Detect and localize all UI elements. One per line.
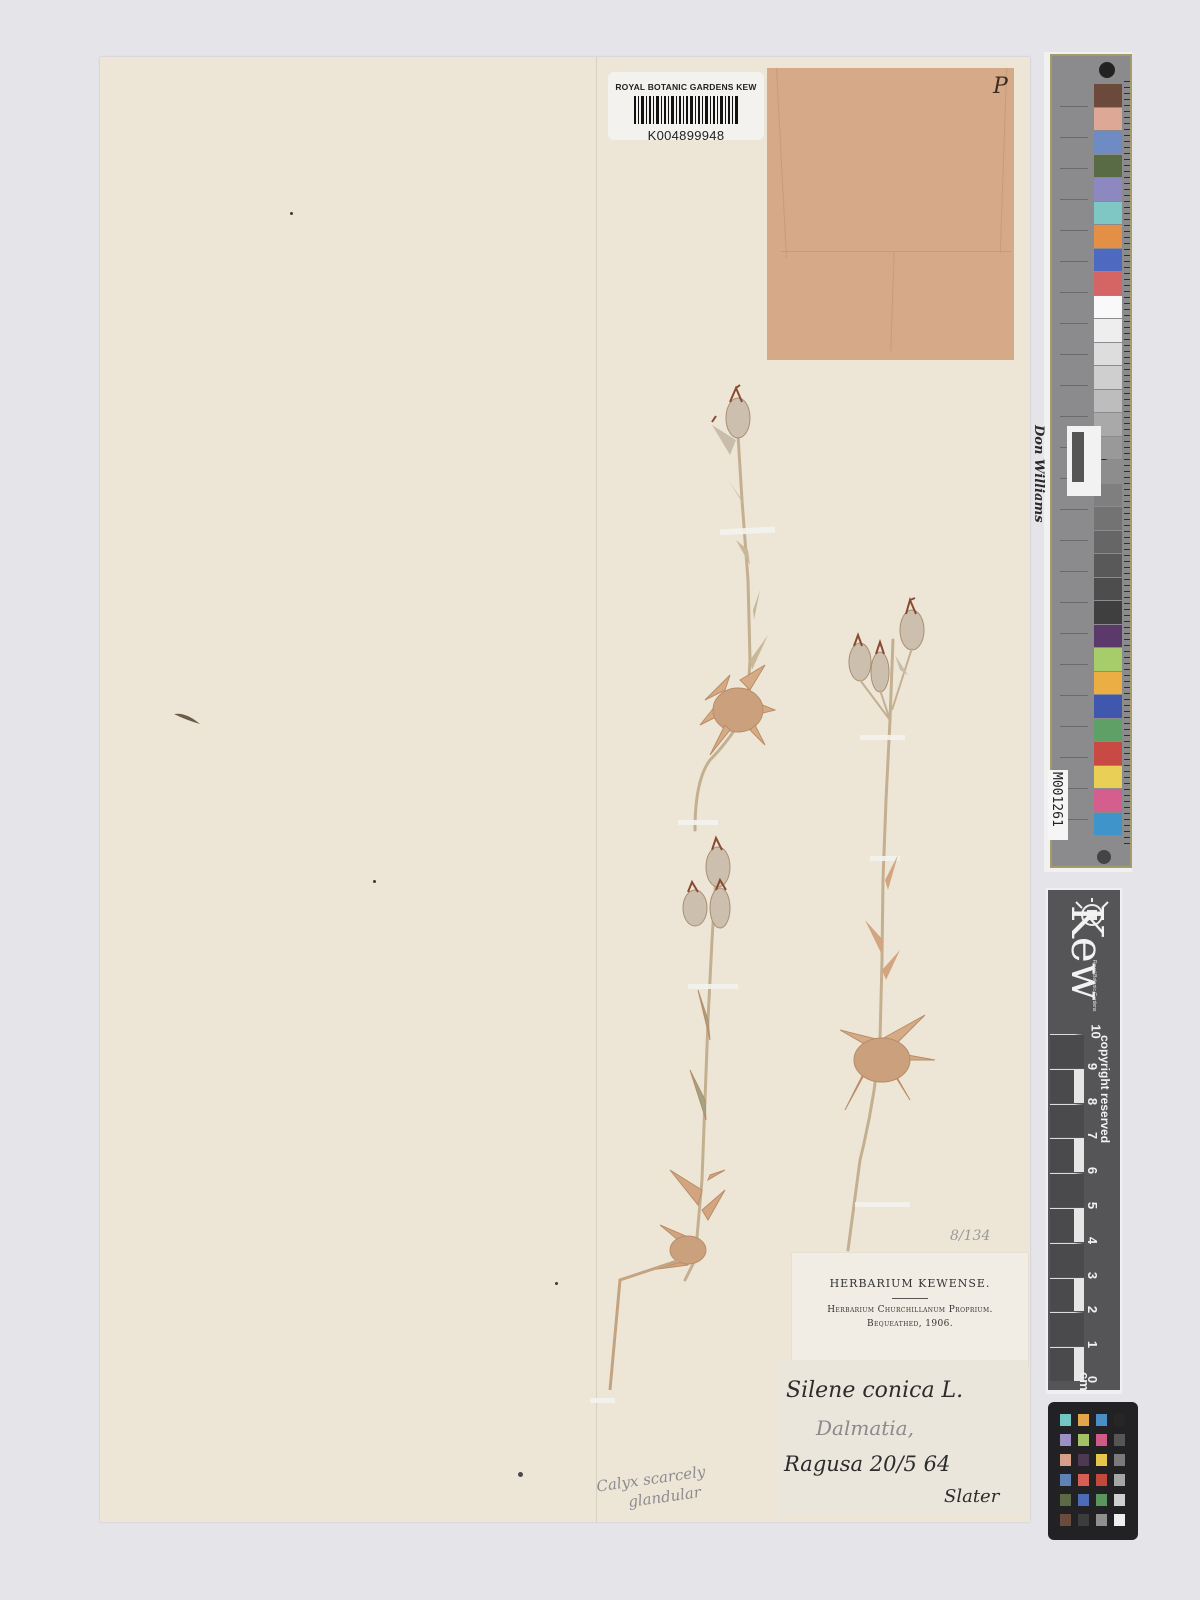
cm-block bbox=[1050, 1208, 1084, 1242]
checker-chip bbox=[1114, 1454, 1125, 1466]
cm-block bbox=[1050, 1034, 1084, 1068]
packet-fold bbox=[776, 68, 787, 258]
chart-brand: Don Williams bbox=[1031, 425, 1046, 523]
checker-chip bbox=[1114, 1414, 1125, 1426]
punch-hole bbox=[1097, 850, 1111, 864]
chart-code-label: M001261 bbox=[1048, 770, 1068, 840]
herbarium-label: HERBARIUM KEWENSE. Herbarium Churchillan… bbox=[792, 1253, 1028, 1369]
color-swatch bbox=[1094, 601, 1122, 624]
color-swatch bbox=[1094, 695, 1122, 718]
checker-chip bbox=[1060, 1414, 1071, 1426]
species-name: Silene conica L. bbox=[786, 1378, 963, 1403]
checker-chip bbox=[1078, 1514, 1089, 1526]
gray-ramp-bar bbox=[1072, 432, 1084, 482]
cm-block bbox=[1050, 1243, 1084, 1277]
cm-block bbox=[1050, 1138, 1084, 1172]
checker-chip bbox=[1114, 1434, 1125, 1446]
color-swatch bbox=[1094, 625, 1122, 648]
cm-tick-label: 8 bbox=[1085, 1097, 1100, 1104]
color-swatch bbox=[1094, 319, 1122, 342]
color-swatch bbox=[1094, 131, 1122, 154]
barcode-number: K004899948 bbox=[608, 128, 764, 143]
handwritten-label: Silene conica L. Dalmatia, Ragusa 20/5 6… bbox=[778, 1360, 1028, 1515]
herbarium-bequest: Bequeathed, 1906. bbox=[792, 1319, 1028, 1329]
cm-block bbox=[1050, 1069, 1084, 1103]
packet-fold bbox=[890, 251, 894, 351]
region-name: Dalmatia, bbox=[816, 1416, 914, 1440]
color-swatch bbox=[1094, 296, 1122, 319]
color-swatch bbox=[1094, 343, 1122, 366]
sheet-speck bbox=[518, 1472, 523, 1477]
color-swatch bbox=[1094, 813, 1122, 836]
color-swatch bbox=[1094, 249, 1122, 272]
checker-chip bbox=[1060, 1454, 1071, 1466]
cm-tick-label: 10 bbox=[1089, 1024, 1104, 1038]
barcode-label: ROYAL BOTANIC GARDENS KEW K004899948 bbox=[608, 72, 764, 140]
sheet-number-annotation: 8/134 bbox=[950, 1228, 990, 1244]
color-swatch bbox=[1094, 225, 1122, 248]
color-swatch bbox=[1094, 202, 1122, 225]
checker-chip bbox=[1096, 1454, 1107, 1466]
checker-chip bbox=[1078, 1434, 1089, 1446]
color-swatch bbox=[1094, 84, 1122, 107]
label-divider bbox=[892, 1298, 928, 1299]
checker-chip bbox=[1096, 1494, 1107, 1506]
cm-tick-label: 5 bbox=[1085, 1202, 1100, 1209]
packet-mark: P bbox=[993, 74, 1008, 99]
sheet-speck bbox=[373, 880, 376, 883]
color-swatch bbox=[1094, 766, 1122, 789]
color-swatch bbox=[1094, 789, 1122, 812]
sheet-speck bbox=[555, 1282, 558, 1285]
cm-block bbox=[1050, 1312, 1084, 1346]
checker-chip bbox=[1114, 1514, 1125, 1526]
locality-date: Ragusa 20/5 64 bbox=[784, 1452, 950, 1476]
checker-chip bbox=[1060, 1494, 1071, 1506]
copyright-notice: copyright reserved bbox=[1098, 1035, 1112, 1143]
color-swatch bbox=[1094, 272, 1122, 295]
checker-chip bbox=[1096, 1474, 1107, 1486]
gray-ramp-patch bbox=[1067, 426, 1101, 496]
kew-logo-subtitle: Royal Botanic Gardens bbox=[1091, 960, 1097, 1011]
cm-tick-label: 4 bbox=[1085, 1237, 1100, 1244]
fragment-packet[interactable] bbox=[767, 68, 1014, 360]
checker-chip bbox=[1060, 1514, 1071, 1526]
cm-tick-label: 9 bbox=[1085, 1063, 1100, 1070]
checker-chip bbox=[1078, 1454, 1089, 1466]
checker-chip bbox=[1096, 1514, 1107, 1526]
color-swatch bbox=[1094, 672, 1122, 695]
cm-tick-label: 7 bbox=[1085, 1132, 1100, 1139]
checker-chip bbox=[1060, 1434, 1071, 1446]
cm-tick-label: 1 bbox=[1085, 1341, 1100, 1348]
leaf-fragment bbox=[172, 708, 202, 730]
checker-chip bbox=[1114, 1474, 1125, 1486]
color-swatch bbox=[1094, 578, 1122, 601]
checker-chip bbox=[1114, 1494, 1125, 1506]
checker-chip bbox=[1078, 1414, 1089, 1426]
institution-name: ROYAL BOTANIC GARDENS KEW bbox=[608, 82, 764, 92]
herbarium-title: HERBARIUM KEWENSE. bbox=[792, 1277, 1028, 1290]
cm-tick-label: 3 bbox=[1085, 1271, 1100, 1278]
color-swatch bbox=[1094, 742, 1122, 765]
color-checker-card bbox=[1048, 1402, 1138, 1540]
cm-block bbox=[1050, 1104, 1084, 1138]
cm-block bbox=[1050, 1278, 1084, 1312]
chart-code: M001261 bbox=[1049, 772, 1064, 827]
collector-signature: Slater bbox=[944, 1486, 999, 1507]
unit-label: cm bbox=[1077, 1372, 1092, 1391]
color-swatch bbox=[1094, 390, 1122, 413]
herbarium-collection: Herbarium Churchillanum Proprium. bbox=[792, 1305, 1028, 1315]
checker-chip bbox=[1078, 1474, 1089, 1486]
checker-chip bbox=[1096, 1434, 1107, 1446]
sheet-speck bbox=[290, 212, 293, 215]
cm-tick-label: 6 bbox=[1085, 1167, 1100, 1174]
color-swatch bbox=[1094, 108, 1122, 131]
ruler-ticks bbox=[1124, 76, 1130, 846]
color-swatch bbox=[1094, 155, 1122, 178]
checker-chip bbox=[1096, 1414, 1107, 1426]
color-swatch bbox=[1094, 531, 1122, 554]
cm-block bbox=[1050, 1173, 1084, 1207]
color-swatch bbox=[1094, 507, 1122, 530]
packet-fold bbox=[781, 251, 1011, 252]
color-swatch bbox=[1094, 366, 1122, 389]
checker-chip bbox=[1060, 1474, 1071, 1486]
color-swatch bbox=[1094, 648, 1122, 671]
punch-hole bbox=[1099, 62, 1115, 78]
color-swatch bbox=[1094, 719, 1122, 742]
barcode-icon bbox=[634, 96, 738, 124]
color-swatch bbox=[1094, 178, 1122, 201]
cm-tick-label: 2 bbox=[1085, 1306, 1100, 1313]
color-swatch bbox=[1094, 554, 1122, 577]
checker-chip bbox=[1078, 1494, 1089, 1506]
kew-logo: Kew bbox=[1061, 905, 1112, 1000]
